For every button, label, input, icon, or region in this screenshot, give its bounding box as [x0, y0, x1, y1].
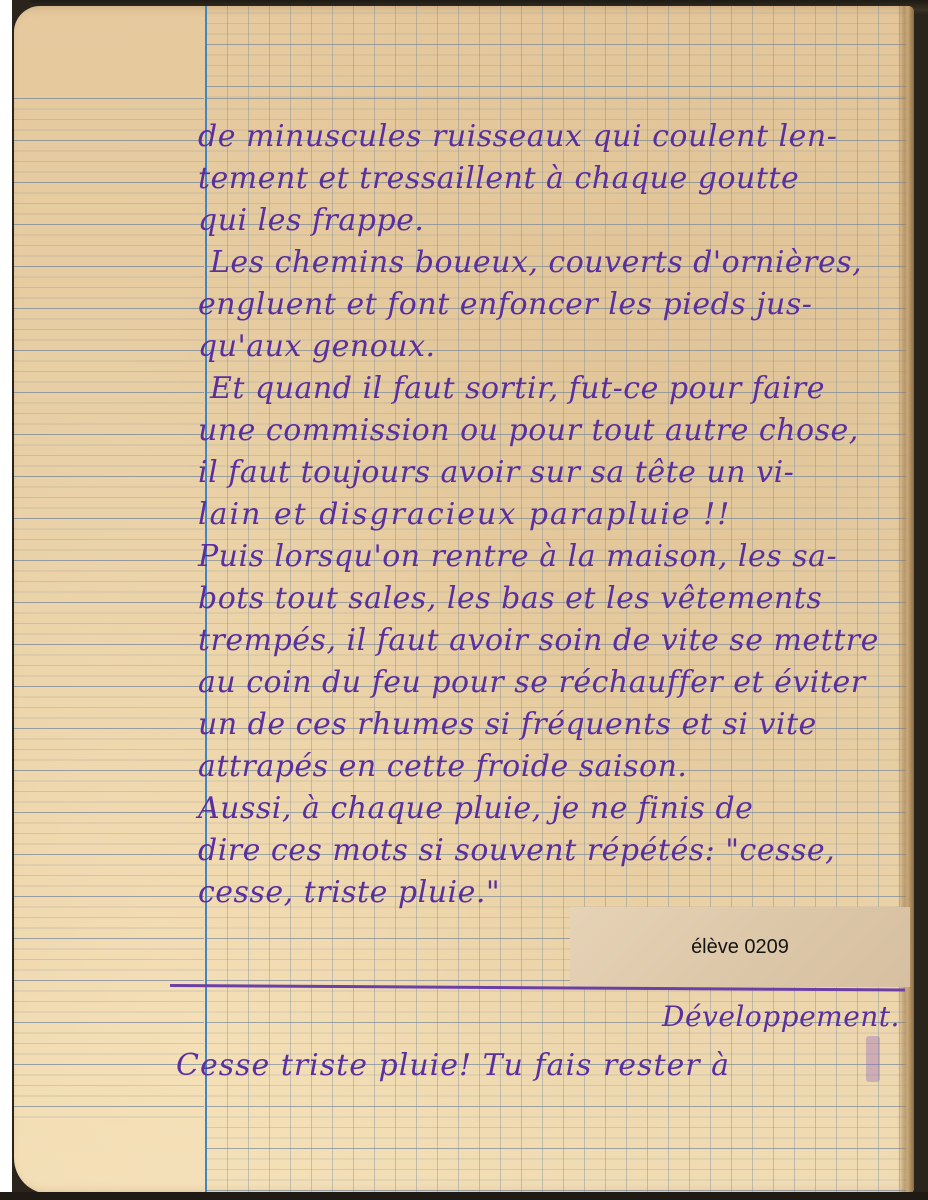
- text-line: Aussi, à chaque pluie, je ne finis de: [198, 788, 898, 830]
- text-line: attrapés en cette froide saison.: [198, 746, 898, 788]
- text-line: Cesse triste pluie! Tu fais rester à: [176, 1048, 730, 1083]
- handwritten-body: de minuscules ruisseaux qui coulent len-…: [198, 116, 898, 914]
- text-line: une commission ou pour tout autre chose,: [198, 410, 898, 452]
- text-line: lain et disgracieux parapluie !!: [198, 494, 898, 536]
- text-line: de minuscules ruisseaux qui coulent len-: [198, 116, 898, 158]
- text-line: Et quand il faut sortir, fut-ce pour fai…: [198, 368, 898, 410]
- scan-bottom-shadow: [0, 1192, 928, 1200]
- text-line: Les chemins boueux, couverts d'ornières,: [198, 242, 898, 284]
- text-line: dire ces mots si souvent répétés: "cesse…: [198, 830, 898, 872]
- text-line: bots tout sales, les bas et les vêtement…: [198, 578, 898, 620]
- redaction-label: élève 0209: [570, 907, 910, 987]
- text-line: engluent et font enfoncer les pieds jus-: [198, 284, 898, 326]
- text-line: trempés, il faut avoir soin de vite se m…: [198, 620, 898, 662]
- text-line: au coin du feu pour se réchauffer et évi…: [198, 662, 898, 704]
- text-line: qu'aux genoux.: [198, 326, 898, 368]
- section-heading: Développement.: [662, 1000, 900, 1033]
- text-line: qui les frappe.: [198, 200, 898, 242]
- text-line: il faut toujours avoir sur sa tête un vi…: [198, 452, 898, 494]
- margin-ruled-lines: [14, 98, 204, 1118]
- text-line: un de ces rhumes si fréquents et si vite: [198, 704, 898, 746]
- text-line: tement et tressaillent à chaque goutte: [198, 158, 898, 200]
- student-id-label: élève 0209: [691, 936, 789, 959]
- text-line: Puis lorsqu'on rentre à la maison, les s…: [198, 536, 898, 578]
- binding-edge: [898, 6, 914, 1194]
- ink-smudge: [866, 1036, 880, 1082]
